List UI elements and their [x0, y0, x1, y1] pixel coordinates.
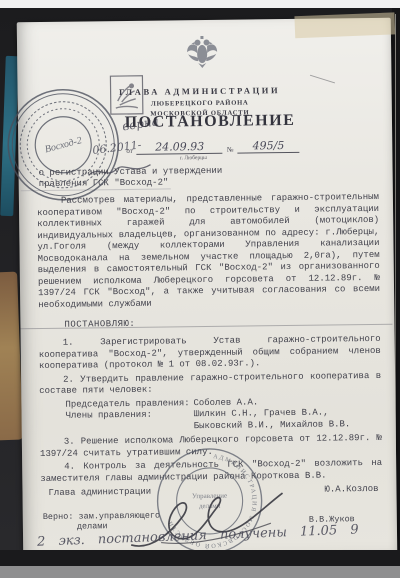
frame-top-strip [0, 0, 400, 8]
number-field: 495/5 [237, 139, 299, 154]
stamp-gsk-center-text: Восход-2 [44, 135, 83, 155]
frame-bottom-dark [0, 550, 400, 566]
preamble-paragraph: Рассмотрев материалы, представленные гар… [37, 192, 380, 311]
date-field: 24.09.93 [137, 140, 223, 155]
resolve-word: ПОСТАНОВЛЯЮ: [64, 316, 380, 330]
document-body: о регистрации Устава и утверждении правл… [37, 164, 383, 487]
number-label: № [227, 146, 234, 154]
org-line-1: ГЛАВА АДМИНИСТРАЦИИ [80, 85, 320, 98]
double-headed-eagle-icon [185, 34, 219, 70]
subject-block: о регистрации Устава и утверждении правл… [39, 164, 379, 189]
board-row-members-2: Быковский В.И., Михайлов В.В. [66, 418, 382, 433]
date-number-row: от 24.09.93 № 495/5 [126, 139, 326, 155]
frame-bottom-gray [0, 566, 400, 578]
tape-mark [294, 12, 395, 38]
document-title: ПОСТАНОВЛЕНИЕ [80, 111, 340, 132]
from-label: от [126, 147, 133, 155]
item-2: 2. Утвердить правление гаражно-строитель… [39, 370, 381, 397]
head-name: Ю.А.Козлов [324, 484, 378, 495]
org-line-2: ЛЮБЕРЕЦКОГО РАЙОНА [80, 99, 320, 109]
pen-scratch [310, 75, 335, 84]
photo-of-document: Восход-2 верна 06.2011- ГЛАВА АДМИНИСТРА… [0, 0, 400, 578]
city-label: г. Люберцы [138, 154, 248, 161]
item-1: 1. Зарегистрировать Устав гаражно-строит… [39, 334, 381, 373]
handwritten-date: 24.09.93 [149, 140, 210, 154]
board-members-table: Председатель правления: Соболев А.А. Чле… [65, 395, 381, 433]
members-names-2: Быковский В.И., Михайлов В.В. [194, 418, 382, 432]
handwritten-number: 495/5 [248, 139, 288, 152]
document-page: Восход-2 верна 06.2011- ГЛАВА АДМИНИСТРА… [17, 18, 397, 557]
